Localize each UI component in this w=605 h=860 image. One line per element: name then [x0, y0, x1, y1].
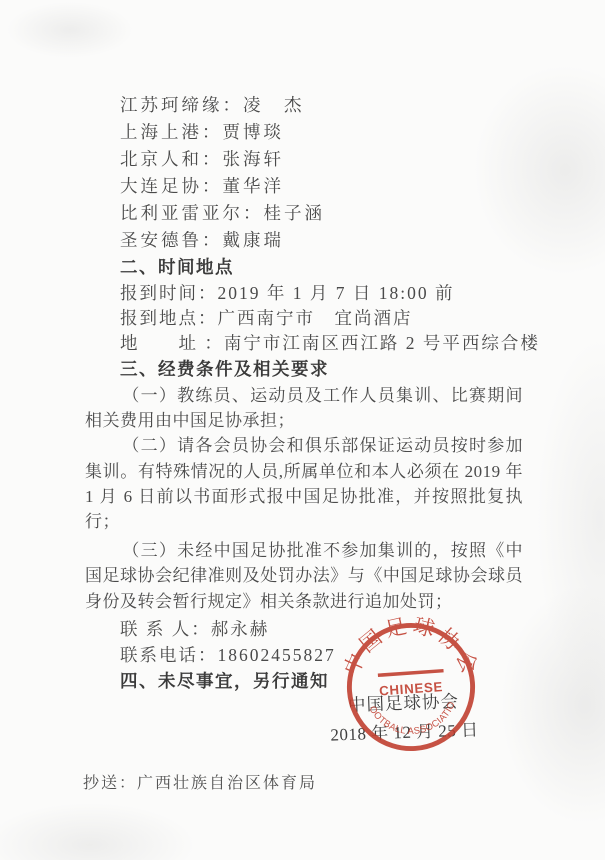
roster-line: 江苏珂缔缘：凌 杰 — [120, 92, 523, 119]
player-name: 董华洋 — [223, 176, 285, 196]
signature-date: 2018 年 12 月 25 日 — [329, 715, 480, 745]
club-name: 大连足协： — [120, 176, 223, 196]
report-place-line: 报到地点：广西南宁市 宜尚酒店 — [120, 306, 523, 331]
report-place-label: 报到地点： — [120, 308, 218, 328]
club-name: 圣安德鲁： — [120, 230, 223, 250]
player-name: 贾博琰 — [223, 122, 285, 142]
cc-line: 抄送：广西壮族自治区体育局 — [83, 770, 317, 793]
paragraph-attendance: （二）请各会员协会和俱乐部保证运动员按时参加集训。有特殊情况的人员,所属单位和本… — [85, 433, 523, 534]
report-time-line: 报到时间：2019 年 1 月 7 日 18:00 前 — [120, 281, 523, 306]
paragraph-penalty: （三）未经中国足协批准不参加集训的，按照《中国足球协会纪律准则及处罚办法》与《中… — [85, 538, 523, 614]
roster-line: 圣安德鲁：戴康瑞 — [120, 227, 523, 254]
signature-organization: 中国足球协会 — [328, 690, 479, 715]
club-name: 江苏珂缔缘： — [120, 95, 243, 115]
contact-phone-line: 联系电话：18602455827 — [120, 642, 523, 668]
section-heading-requirements: 三、经费条件及相关要求 — [85, 356, 523, 383]
cc-value: 广西壮族自治区体育局 — [137, 775, 317, 792]
contact-block: 联 系 人：郝永赫 联系电话：18602455827 — [85, 616, 523, 668]
contact-phone-number: 18602455827 — [218, 645, 336, 665]
contact-phone-label: 联系电话： — [120, 645, 218, 665]
roster-line: 比利亚雷亚尔：桂子涵 — [120, 200, 523, 227]
requirements-paragraphs: （一）教练员、运动员及工作人员集训、比赛期间相关费用由中国足协承担； （二）请各… — [85, 383, 523, 614]
address-value: 南宁市江南区西江路 2 号平西综合楼 — [224, 333, 540, 353]
report-time-value: 2019 年 1 月 7 日 18:00 前 — [218, 283, 455, 303]
paragraph-fees: （一）教练员、运动员及工作人员集训、比赛期间相关费用由中国足协承担； — [85, 383, 523, 433]
contact-person-label: 联 系 人： — [120, 619, 211, 639]
roster-line: 北京人和：张海轩 — [120, 146, 523, 173]
address-label: 地 址 ： — [120, 333, 224, 353]
club-name: 北京人和： — [120, 149, 223, 169]
signature-block: 中国足球协会 2018 年 12 月 25 日 — [328, 690, 480, 745]
cc-label: 抄送： — [83, 775, 137, 792]
player-roster: 江苏珂缔缘：凌 杰 上海上港：贾博琰 北京人和：张海轩 大连足协：董华洋 比利亚… — [85, 92, 523, 254]
contact-person-name: 郝永赫 — [211, 619, 270, 639]
roster-line: 上海上港：贾博琰 — [120, 119, 523, 146]
report-place-value: 广西南宁市 宜尚酒店 — [218, 308, 413, 328]
player-name: 桂子涵 — [264, 203, 326, 223]
player-name: 张海轩 — [223, 149, 285, 169]
player-name: 戴康瑞 — [223, 230, 285, 250]
report-time-label: 报到时间： — [120, 283, 218, 303]
club-name: 上海上港： — [120, 122, 223, 142]
club-name: 比利亚雷亚尔： — [120, 203, 264, 223]
time-location-info: 报到时间：2019 年 1 月 7 日 18:00 前 报到地点：广西南宁市 宜… — [85, 281, 523, 356]
player-name: 凌 杰 — [243, 95, 305, 115]
document-page: 江苏珂缔缘：凌 杰 上海上港：贾博琰 北京人和：张海轩 大连足协：董华洋 比利亚… — [0, 0, 605, 695]
section-heading-time-location: 二、时间地点 — [85, 254, 523, 281]
address-line: 地 址 ：南宁市江南区西江路 2 号平西综合楼 — [120, 331, 523, 356]
roster-line: 大连足协：董华洋 — [120, 173, 523, 200]
contact-person-line: 联 系 人：郝永赫 — [120, 616, 523, 642]
